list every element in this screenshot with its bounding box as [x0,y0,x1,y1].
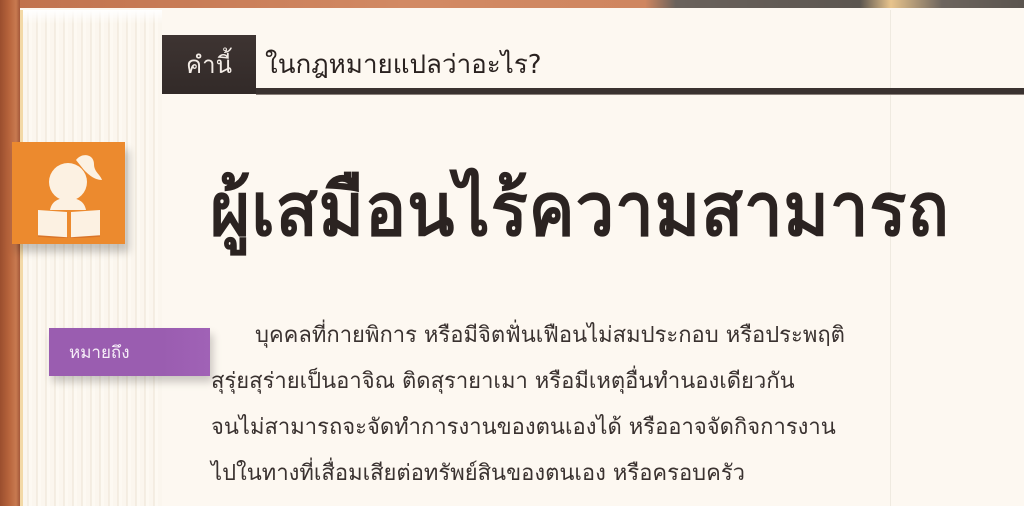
definition-line: บุคคลที่กายพิการ หรือมีจิตฟั่นเฟือนไม่สม… [211,313,971,359]
header-rule [256,88,1024,94]
page-stack-decoration [20,10,162,506]
definition-line: จนไม่สามารถจะจัดทำการงานของตนเองได้ หรือ… [211,405,971,451]
term-title: ผู้เสมือนไร้ความสามารถ [210,160,950,260]
book-cover-left-edge [0,0,20,506]
definition-line: สุรุ่ยสุร่ายเป็นอาจิณ ติดสุรายาเมา หรือม… [211,359,971,405]
reader-icon [36,152,104,238]
header-label: คำนี้ [162,35,256,94]
icon-badge [12,142,125,244]
definition-line: ไปในทางที่เสื่อมเสียต่อทรัพย์สินของตนเอง… [211,451,971,497]
header-question: ในกฎหมายแปลว่าอะไร? [265,44,542,85]
definition-body: บุคคลที่กายพิการ หรือมีจิตฟั่นเฟือนไม่สม… [211,313,971,497]
book-cover-top-edge [0,0,1024,8]
meaning-tag-label: หมายถึง [69,339,130,366]
header-label-text: คำนี้ [186,45,232,84]
meaning-tag: หมายถึง [49,328,210,376]
